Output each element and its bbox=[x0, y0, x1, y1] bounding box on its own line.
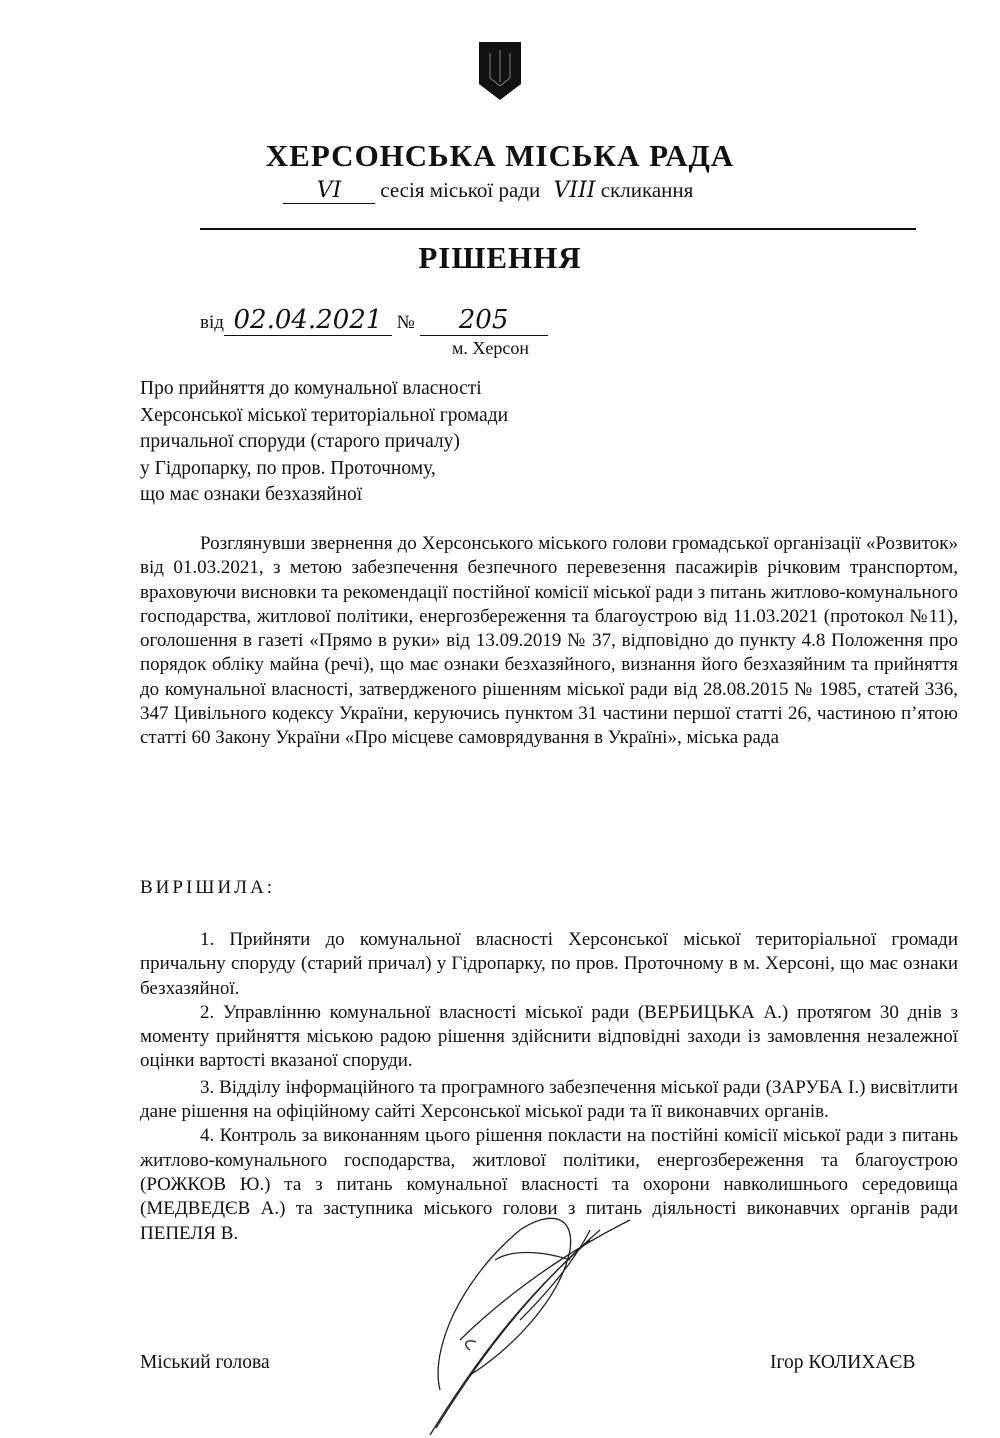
decision-number: 205 bbox=[420, 305, 548, 336]
signatory-name: Ігор КОЛИХАЄВ bbox=[770, 1352, 915, 1374]
session-number: VI bbox=[283, 178, 375, 204]
subject-line: Про прийняття до комунальної власності bbox=[140, 376, 508, 403]
subject-block: Про прийняття до комунальної власності Х… bbox=[140, 376, 508, 509]
city: м. Херсон bbox=[452, 338, 529, 359]
resolution-item-1: 1. Прийняти до комунальної власності Хер… bbox=[140, 928, 958, 1001]
preamble-text: Розглянувши звернення до Херсонського мі… bbox=[140, 532, 958, 751]
subject-line: у Гідропарку, по пров. Проточному, bbox=[140, 456, 508, 483]
date-number-line: від02.04.2021 № 205 bbox=[200, 305, 548, 336]
number-prefix: № bbox=[397, 312, 415, 333]
convocation-label: скликання bbox=[601, 178, 694, 202]
preamble: Розглянувши звернення до Херсонського мі… bbox=[140, 532, 958, 751]
header-divider bbox=[200, 228, 916, 230]
convocation-number: VIII bbox=[553, 178, 595, 203]
date-prefix: від bbox=[200, 312, 224, 333]
coat-of-arms-icon bbox=[476, 38, 524, 104]
decision-date: 02.04.2021 bbox=[224, 305, 392, 336]
resolution-item-2: 2. Управлінню комунальної власності місь… bbox=[140, 1001, 958, 1074]
council-name: ХЕРСОНСЬКА МІСЬКА РАДА bbox=[0, 138, 1000, 174]
subject-line: Херсонської міської територіальної грома… bbox=[140, 403, 508, 430]
signature-icon bbox=[400, 1190, 640, 1438]
resolved-label: ВИРІШИЛА: bbox=[140, 877, 275, 899]
resolution-item-3: 3. Відділу інформаційного та програмного… bbox=[140, 1076, 958, 1125]
session-line: VI сесія міської ради VIII скликання bbox=[283, 178, 693, 204]
subject-line: що має ознаки безхазяйної bbox=[140, 482, 508, 509]
document-type: РІШЕННЯ bbox=[0, 240, 1000, 276]
signatory-position: Міський голова bbox=[140, 1352, 270, 1374]
session-label: сесія міської ради bbox=[380, 178, 540, 202]
subject-line: причальної споруди (старого причалу) bbox=[140, 429, 508, 456]
